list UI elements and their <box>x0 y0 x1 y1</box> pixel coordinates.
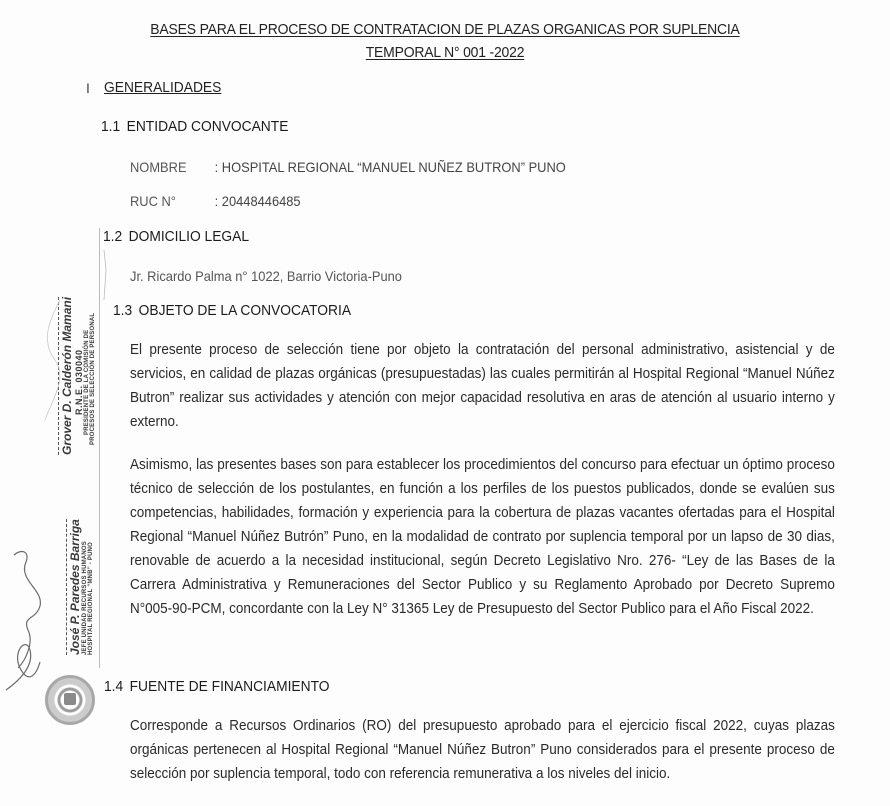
document-title-line-1: BASES PARA EL PROCESO DE CONTRATACION DE… <box>31 21 859 38</box>
seal-emblem-icon <box>64 693 76 705</box>
institution-seal-icon <box>45 675 95 725</box>
stamp-comision-seleccion: Grover D. Calderón Mamani R.N.E. 030040 … <box>58 297 96 455</box>
field-label: NOMBRE <box>130 159 215 175</box>
financiamiento-paragraph: Corresponde a Recursos Ordinarios (RO) d… <box>130 714 835 786</box>
objeto-paragraph-1: El presente proceso de selección tiene p… <box>130 338 835 434</box>
section-title: FUENTE DE FINANCIAMIENTO <box>130 678 330 695</box>
stamp-role-line-2: PROCESOS DE SELECCIÓN DE PERSONAL <box>90 297 96 455</box>
objeto-paragraph-2: Asimismo, las presentes bases son para e… <box>130 453 835 621</box>
stamp-signer-name: Grover D. Calderón Mamani <box>58 297 74 455</box>
document-title-line-2: TEMPORAL N° 001 -2022 <box>31 44 859 61</box>
field-label: RUC N° <box>130 193 215 209</box>
section-title: ENTIDAD CONVOCANTE <box>127 118 289 135</box>
field-value: : HOSPITAL REGIONAL “MANUEL NUÑEZ BUTRON… <box>215 159 566 175</box>
field-ruc: RUC N°: 20448446485 <box>130 193 301 209</box>
section-number: 1.1 <box>101 118 120 135</box>
stamp-recursos-humanos: José P. Paredes Barriga JEFE UNIDAD RECU… <box>66 519 94 655</box>
section-1-4-heading: 1.4FUENTE DE FINANCIAMIENTO <box>104 678 330 695</box>
section-title: DOMICILIO LEGAL <box>129 228 249 245</box>
section-heading-generalidades: GENERALIDADES <box>104 79 221 96</box>
section-number: 1.3 <box>113 302 132 319</box>
document-page: BASES PARA EL PROCESO DE CONTRATACION DE… <box>0 0 890 806</box>
stamp-registration-number: R.N.E. 030040 <box>74 297 84 455</box>
section-number: 1.4 <box>104 678 123 695</box>
stamp-role-line-2: HOSPITAL REGIONAL “MNB” - PUNO <box>88 519 94 655</box>
section-1-2-heading: 1.2DOMICILIO LEGAL <box>103 228 249 245</box>
section-number: 1.2 <box>103 228 122 245</box>
section-title: OBJETO DE LA CONVOCATORIA <box>139 302 351 319</box>
field-nombre: NOMBRE: HOSPITAL REGIONAL “MANUEL NUÑEZ … <box>130 159 566 175</box>
section-roman-numeral: I <box>86 80 90 96</box>
section-1-3-heading: 1.3OBJETO DE LA CONVOCATORIA <box>113 302 351 319</box>
stamp-signer-name: José P. Paredes Barriga <box>66 519 82 655</box>
legal-address: Jr. Ricardo Palma n° 1022, Barrio Victor… <box>130 268 402 284</box>
field-value: : 20448446485 <box>215 193 301 209</box>
section-1-1-heading: 1.1ENTIDAD CONVOCANTE <box>101 118 288 135</box>
margin-signature-stroke <box>99 228 100 668</box>
